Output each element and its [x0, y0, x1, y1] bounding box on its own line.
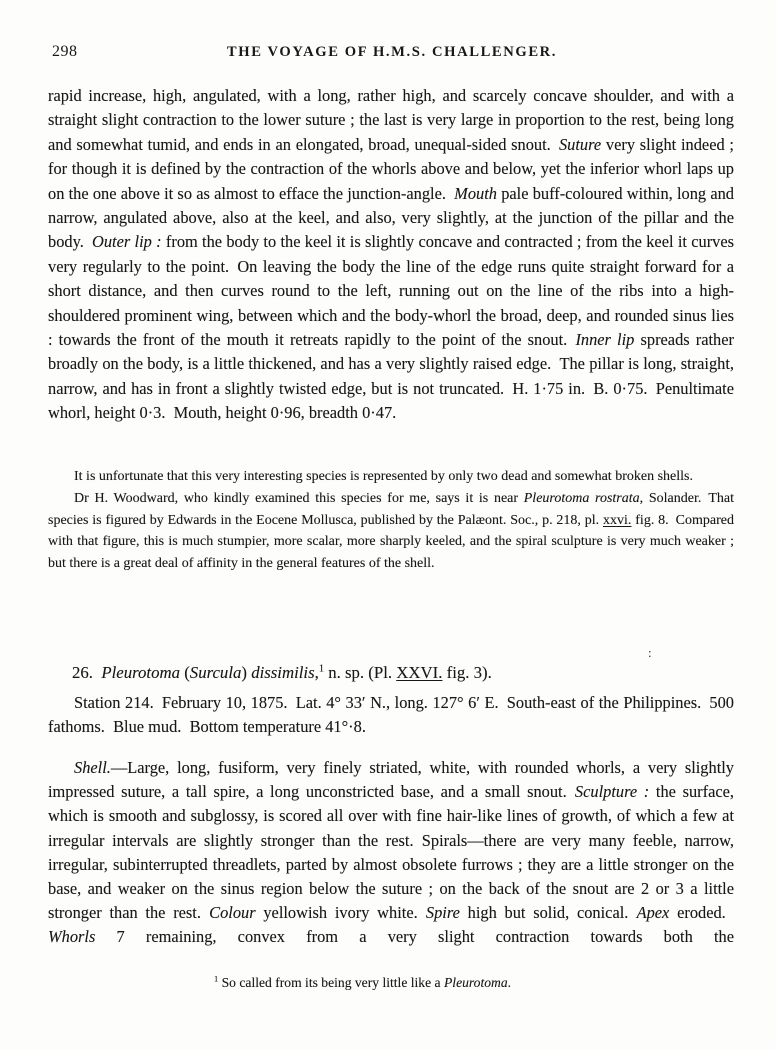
remark-paragraph-specimens: It is unfortunate that this very interes…: [48, 466, 734, 488]
remarks-section: It is unfortunate that this very interes…: [48, 466, 734, 575]
running-title: THE VOYAGE OF H.M.S. CHALLENGER.: [52, 45, 732, 60]
scan-artifact: :: [648, 645, 652, 661]
shell-description-paragraph: Shell.—Large, long, fusiform, very finel…: [48, 756, 734, 950]
page-header: 298 THE VOYAGE OF H.M.S. CHALLENGER.: [52, 44, 732, 64]
station-paragraph: Station 214. February 10, 1875. Lat. 4° …: [48, 691, 734, 740]
remark-paragraph-woodward: Dr H. Woodward, who kindly examined this…: [48, 488, 734, 575]
book-page: 298 THE VOYAGE OF H.M.S. CHALLENGER. rap…: [0, 0, 776, 1050]
species-heading: 26. Pleurotoma (Surcula) dissimilis,1 n.…: [48, 660, 758, 686]
footnote: 1 So called from its being very little l…: [214, 974, 511, 992]
paragraph-species-description-continued: rapid increase, high, angulated, with a …: [48, 84, 734, 426]
